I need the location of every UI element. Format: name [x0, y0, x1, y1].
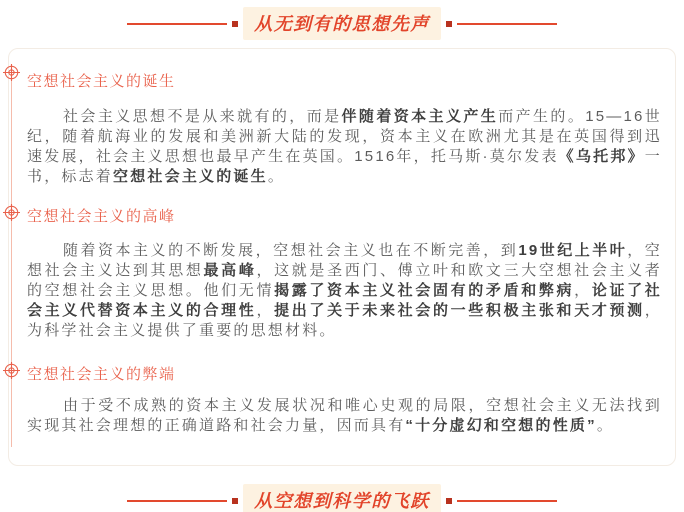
banner-square-right [446, 498, 452, 504]
section-heading-birth: 空想社会主义的诞生 [27, 73, 176, 91]
emphasis-text: 揭露了资本主义社会固有的矛盾和弊病 [274, 282, 574, 299]
emphasis-text: 提出了关于未来社会的一些积极主张和天才预测 [274, 302, 645, 319]
body-text: 。 [268, 168, 285, 185]
emphasis-text: 伴随着资本主义产生 [342, 108, 499, 125]
top-banner: 从无到有的思想先声 [0, 7, 684, 40]
bottom-banner-title: 从空想到科学的飞跃 [243, 484, 441, 512]
section-paragraph-birth: 社会主义思想不是从来就有的，而是伴随着资本主义产生而产生的。15—16世纪，随着… [27, 107, 662, 187]
emphasis-text: 最高峰 [204, 262, 257, 279]
crosshair-target-icon [3, 64, 20, 81]
emphasis-text: 19世纪上半叶 [518, 242, 627, 259]
banner-square-left [232, 498, 238, 504]
section-paragraph-flaws: 由于受不成熟的资本主义发展状况和唯心史观的局限，空想社会主义无法找到实现其社会理… [27, 396, 662, 436]
banner-line-right [457, 500, 557, 502]
slide-page: 从无到有的思想先声 空想社会主义的诞生 社会主义思想不是从来就有的，而是伴随着资… [0, 0, 684, 512]
emphasis-text: 空想社会主义的诞生 [113, 168, 268, 185]
body-text: 随着资本主义的不断发展，空想社会主义也在不断完善，到 [63, 242, 518, 259]
banner-square-left [232, 21, 238, 27]
body-text: ， [256, 302, 274, 319]
crosshair-target-icon [3, 362, 20, 379]
crosshair-target-icon [3, 204, 20, 221]
body-text: 。 [597, 417, 614, 434]
emphasis-text: “十分虚幻和空想的性质” [405, 417, 596, 434]
top-banner-title: 从无到有的思想先声 [243, 7, 441, 40]
banner-line-left [127, 500, 227, 502]
body-text: 社会主义思想不是从来就有的，而是 [63, 108, 342, 125]
bottom-banner: 从空想到科学的飞跃 [0, 484, 684, 512]
emphasis-text: 《乌托邦》 [559, 148, 645, 165]
section-heading-flaws: 空想社会主义的弊端 [27, 366, 176, 384]
section-heading-peak: 空想社会主义的高峰 [27, 208, 176, 226]
body-text: ， [574, 282, 592, 299]
banner-square-right [446, 21, 452, 27]
timeline-line [11, 72, 12, 447]
banner-line-left [127, 23, 227, 25]
banner-line-right [457, 23, 557, 25]
section-paragraph-peak: 随着资本主义的不断发展，空想社会主义也在不断完善，到19世纪上半叶，空想社会主义… [27, 241, 662, 341]
